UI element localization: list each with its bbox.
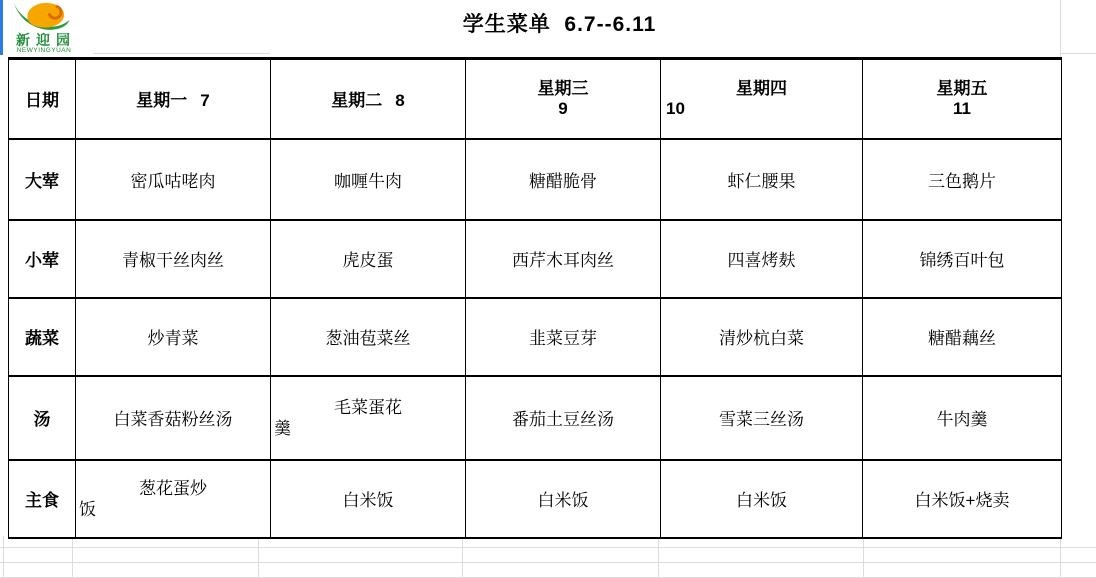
day-date: 9 xyxy=(466,99,660,119)
dish-cell[interactable]: 白米饭 xyxy=(271,460,466,538)
menu-table: 日期 星期一7 星期二8 星期三 9 星期四 10 星期五 11 大荤 密瓜咕咾… xyxy=(8,57,1062,539)
gridline xyxy=(658,536,659,578)
dish-cell[interactable]: 白米饭 xyxy=(466,460,661,538)
row-main-meat: 大荤 密瓜咕咾肉 咖喱牛肉 糖醋脆骨 虾仁腰果 三色鹅片 xyxy=(9,139,1062,220)
left-edge-accent xyxy=(0,0,3,55)
header-thursday[interactable]: 星期四 10 xyxy=(661,59,863,139)
gridline xyxy=(863,536,864,578)
row-vegetable: 蔬菜 炒青菜 葱油苞菜丝 韭菜豆芽 清炒杭白菜 糖醋藕丝 xyxy=(9,298,1062,376)
gridline xyxy=(0,547,1096,548)
gridline xyxy=(462,536,463,578)
gridline xyxy=(1061,53,1096,54)
dish-cell[interactable]: 咖喱牛肉 xyxy=(271,139,466,220)
dish-cell[interactable]: 葱花蛋炒 饭 xyxy=(76,460,271,538)
row-label-small-meat[interactable]: 小荤 xyxy=(9,220,76,298)
dish-cell[interactable]: 雪菜三丝汤 xyxy=(661,376,863,460)
dish-cell[interactable]: 白菜香菇粉丝汤 xyxy=(76,376,271,460)
row-label-staple[interactable]: 主食 xyxy=(9,460,76,538)
day-date: 7 xyxy=(200,91,209,110)
header-friday[interactable]: 星期五 11 xyxy=(863,59,1062,139)
dish-line-2: 饭 xyxy=(76,499,270,520)
header-tuesday[interactable]: 星期二8 xyxy=(271,59,466,139)
row-label-vegetable[interactable]: 蔬菜 xyxy=(9,298,76,376)
day-label: 星期四 xyxy=(661,79,862,99)
dish-cell[interactable]: 密瓜咕咾肉 xyxy=(76,139,271,220)
row-label-soup[interactable]: 汤 xyxy=(9,376,76,460)
row-small-meat: 小荤 青椒干丝肉丝 虎皮蛋 西芹木耳肉丝 四喜烤麸 锦绣百叶包 xyxy=(9,220,1062,298)
row-soup: 汤 白菜香菇粉丝汤 毛菜蛋花 羹 番茄土豆丝汤 雪菜三丝汤 牛肉羹 xyxy=(9,376,1062,460)
dish-cell[interactable]: 虎皮蛋 xyxy=(271,220,466,298)
dish-cell[interactable]: 虾仁腰果 xyxy=(661,139,863,220)
day-date: 10 xyxy=(661,99,862,119)
day-label: 星期五 xyxy=(863,79,1061,99)
day-label: 星期一 xyxy=(136,91,187,110)
dish-cell[interactable]: 三色鹅片 xyxy=(863,139,1062,220)
dish-cell[interactable]: 白米饭 xyxy=(661,460,863,538)
spreadsheet-canvas: 新迎园 NEWYINGYUAN 学生菜单 6.7--6.11 日期 星期一7 星… xyxy=(0,0,1096,578)
gridline xyxy=(3,536,4,578)
dish-cell[interactable]: 糖醋藕丝 xyxy=(863,298,1062,376)
dish-cell[interactable]: 牛肉羹 xyxy=(863,376,1062,460)
dish-cell[interactable]: 白米饭+烧卖 xyxy=(863,460,1062,538)
dish-cell[interactable]: 番茄土豆丝汤 xyxy=(466,376,661,460)
row-staple: 主食 葱花蛋炒 饭 白米饭 白米饭 白米饭 白米饭+烧卖 xyxy=(9,460,1062,538)
day-date: 11 xyxy=(863,99,1061,119)
dish-cell[interactable]: 毛菜蛋花 羹 xyxy=(271,376,466,460)
day-label: 星期三 xyxy=(466,79,660,99)
day-date: 8 xyxy=(395,91,404,110)
gridline xyxy=(1060,536,1061,578)
dish-cell[interactable]: 葱油苞菜丝 xyxy=(271,298,466,376)
title-row: 学生菜单 6.7--6.11 xyxy=(8,8,1061,38)
dish-cell[interactable]: 四喜烤麸 xyxy=(661,220,863,298)
dish-line-2: 羹 xyxy=(271,418,465,439)
row-label-main-meat[interactable]: 大荤 xyxy=(9,139,76,220)
gridline xyxy=(72,536,73,578)
dish-cell[interactable]: 糖醋脆骨 xyxy=(466,139,661,220)
dish-cell[interactable]: 青椒干丝肉丝 xyxy=(76,220,271,298)
dish-cell[interactable]: 西芹木耳肉丝 xyxy=(466,220,661,298)
header-monday[interactable]: 星期一7 xyxy=(76,59,271,139)
header-wednesday[interactable]: 星期三 9 xyxy=(466,59,661,139)
corner-cell-date[interactable]: 日期 xyxy=(9,59,76,139)
dish-cell[interactable]: 韭菜豆芽 xyxy=(466,298,661,376)
dish-cell[interactable]: 锦绣百叶包 xyxy=(863,220,1062,298)
dish-line-1: 毛菜蛋花 xyxy=(271,397,465,418)
dish-cell[interactable]: 炒青菜 xyxy=(76,298,271,376)
dish-cell[interactable]: 清炒杭白菜 xyxy=(661,298,863,376)
gridline xyxy=(0,562,1096,563)
header-row: 日期 星期一7 星期二8 星期三 9 星期四 10 星期五 11 xyxy=(9,59,1062,139)
logo-name-en: NEWYINGYUAN xyxy=(10,47,78,55)
day-label: 星期二 xyxy=(331,91,382,110)
dish-line-1: 葱花蛋炒 xyxy=(76,478,270,499)
gridline xyxy=(258,536,259,578)
page-title[interactable]: 学生菜单 6.7--6.11 xyxy=(463,8,657,38)
gridline xyxy=(93,53,270,54)
